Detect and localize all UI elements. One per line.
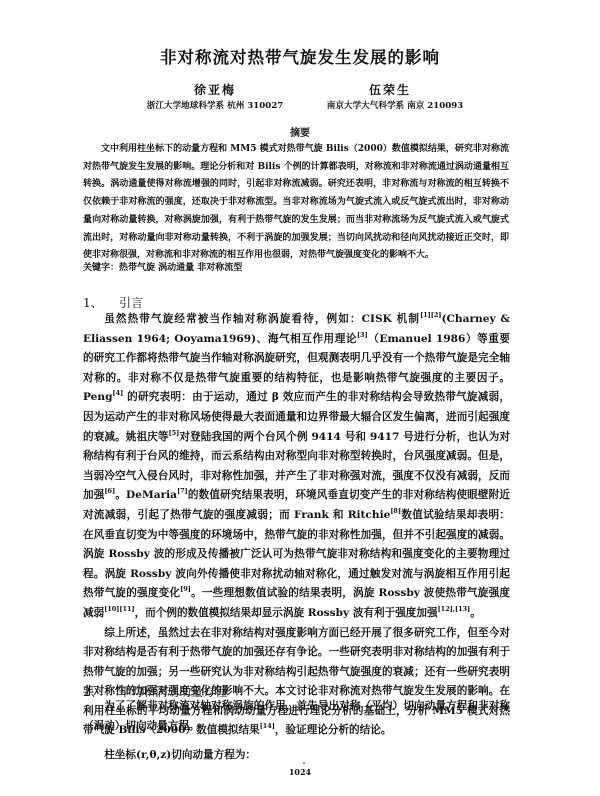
- citation-ref: [6]: [104, 487, 115, 495]
- citation-ref: [4]: [113, 389, 124, 397]
- citation-ref: [8]: [390, 507, 401, 515]
- section-body-1: 虽然热带气旋经常被当作轴对称涡旋看待，例如：CISK 机制[1][2](Char…: [83, 310, 510, 741]
- citation-ref: [7]: [177, 487, 188, 495]
- citation-ref: [9]: [180, 585, 191, 593]
- section-body-2: 为了了解非对称流对轴对称涡旋的作用，首先导出对称（平均）切向动量方程和非对称（涡…: [83, 697, 510, 766]
- page-number: 1024: [0, 767, 600, 777]
- keywords-list: 热带气旋 涡动通量 非对称流型: [119, 263, 242, 273]
- section-number: 1、: [83, 294, 119, 311]
- abstract-heading: 摘要: [0, 124, 600, 139]
- author-name-1: 徐亚梅: [140, 81, 290, 98]
- abstract-text: 文中利用柱坐标下的动量方程和 MM5 模式对热带气旋 Bilis（2000）数值…: [83, 141, 509, 265]
- author-name-2: 伍荣生: [305, 81, 475, 98]
- citation-ref: [5]: [169, 429, 180, 437]
- keywords-label: 关键字：: [83, 263, 119, 273]
- section-heading-1: 1、引言: [83, 294, 143, 311]
- paragraph: 为了了解非对称流对轴对称涡旋的作用，首先导出对称（平均）切向动量方程和非对称（涡…: [83, 697, 510, 736]
- paper-title: 非对称流对热带气旋发生发展的影响: [0, 44, 600, 68]
- paragraph: 虽然热带气旋经常被当作轴对称涡旋看待，例如：CISK 机制[1][2](Char…: [83, 310, 510, 624]
- citation-ref: [10][11]: [104, 605, 134, 613]
- citation-ref: [3]: [357, 331, 368, 339]
- section-title: 引言: [119, 296, 143, 310]
- scan-speck: [303, 762, 305, 764]
- keywords-line: 关键字：热带气旋 涡动通量 非对称流型: [83, 260, 242, 273]
- equation-intro: 柱坐标(r,θ,z)切向动量方程为：: [83, 746, 510, 766]
- citation-ref: [12],[13]: [438, 605, 471, 613]
- citation-ref: [1][2]: [420, 311, 441, 319]
- author-affiliation-2: 南京大学大气科学系 南京 210093: [295, 99, 495, 111]
